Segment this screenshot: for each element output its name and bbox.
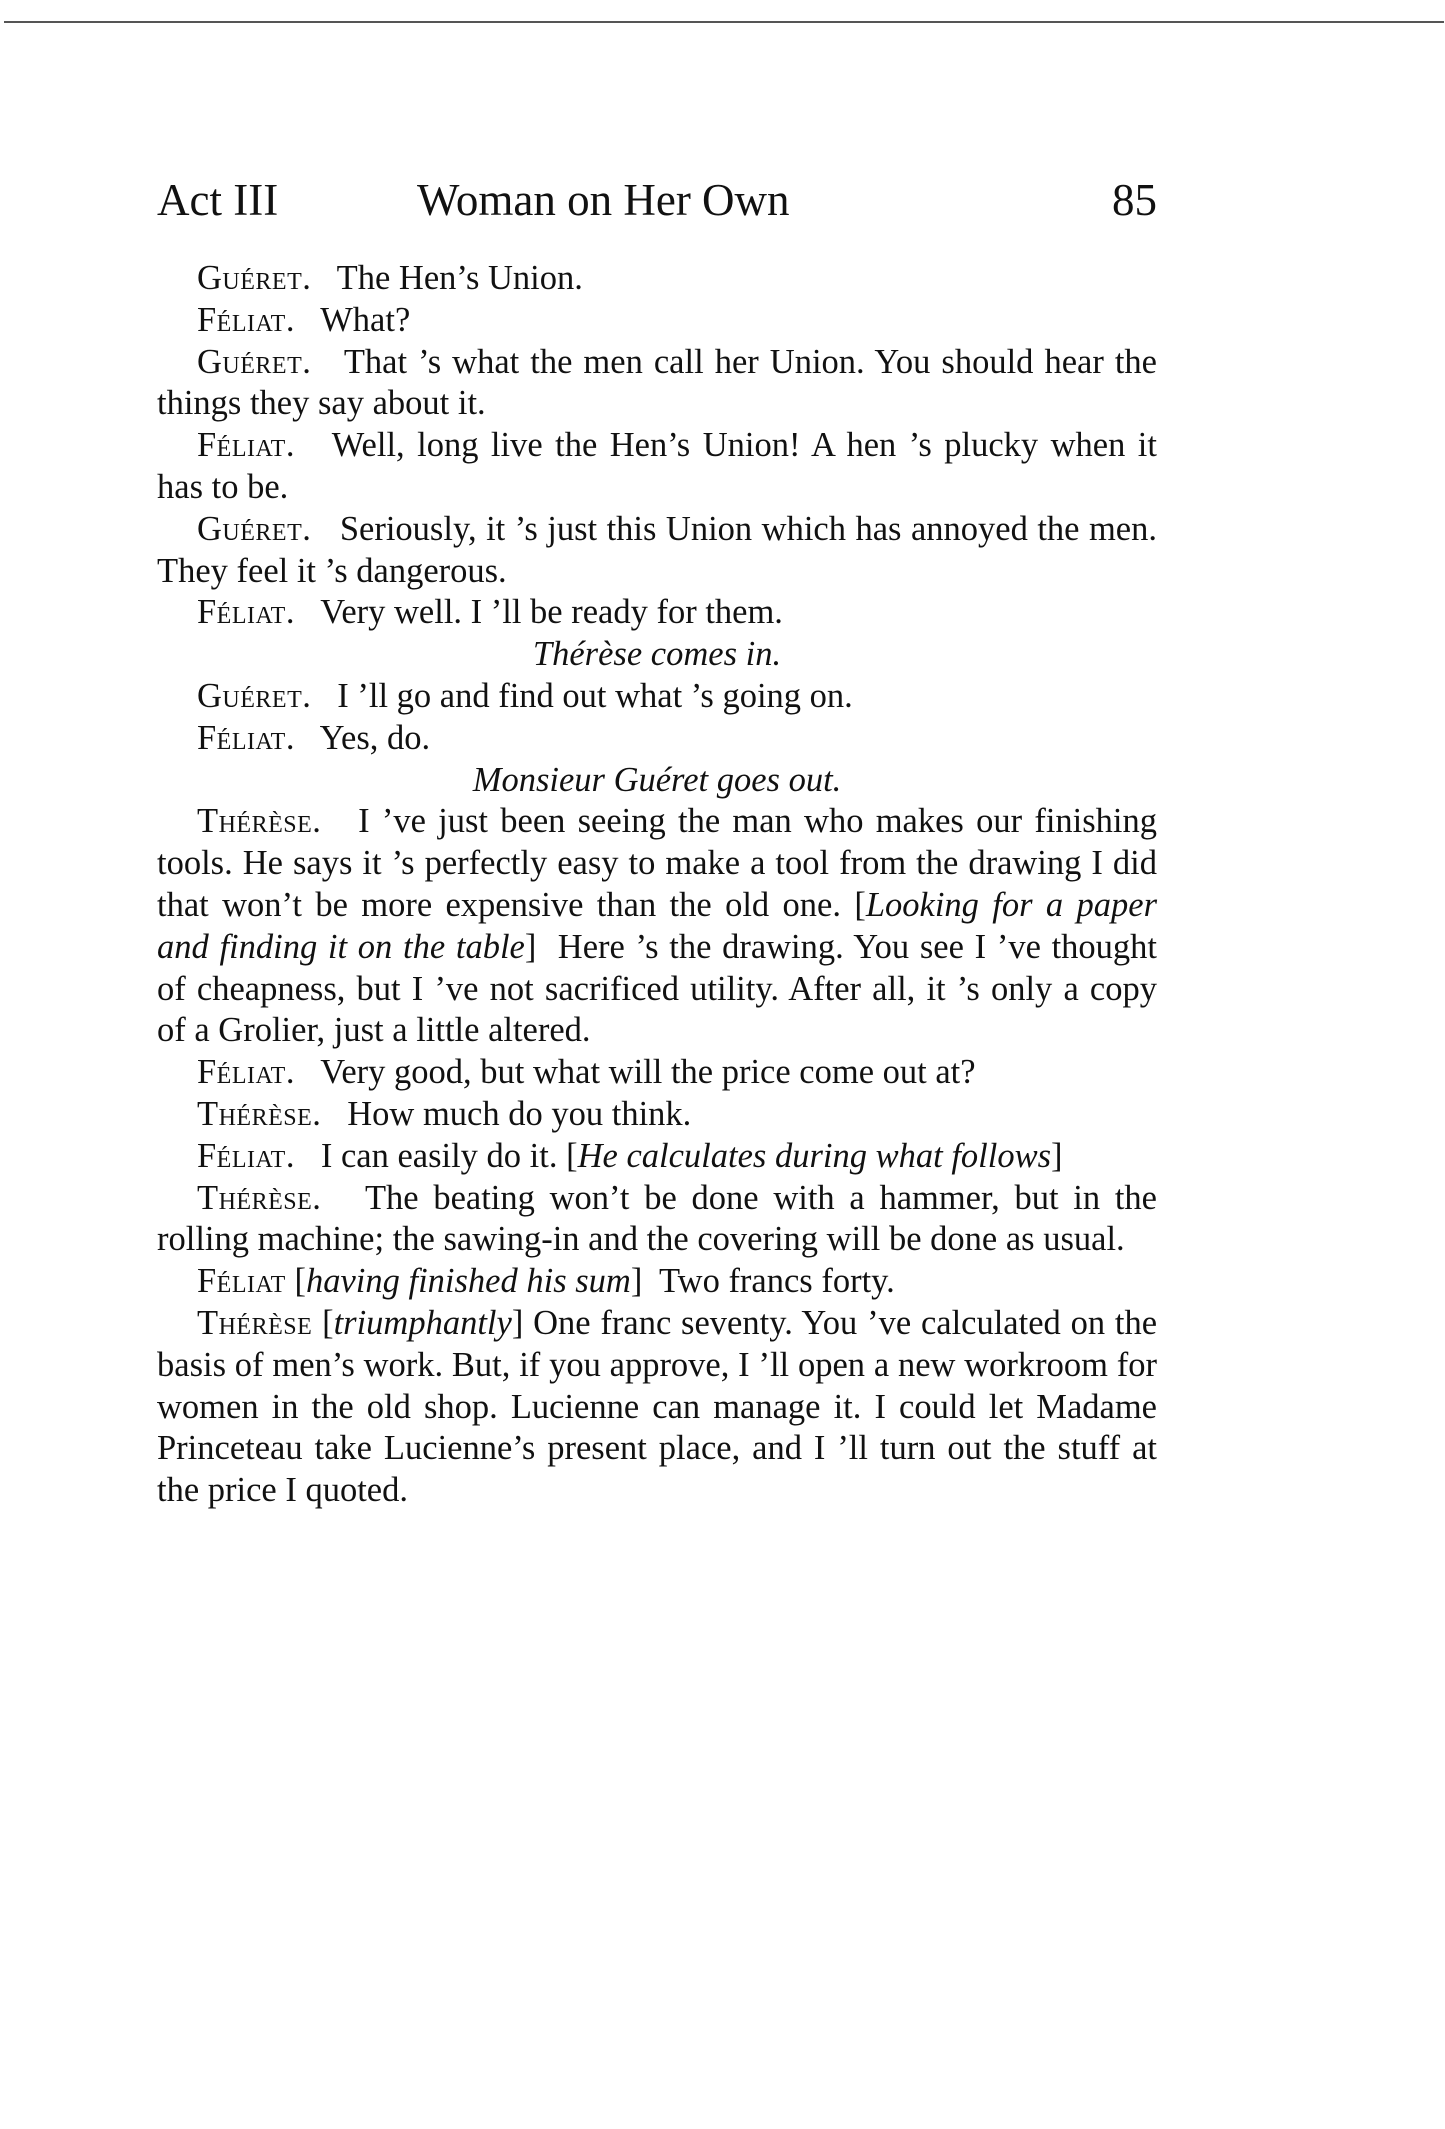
dialogue-line: Féliat. Yes, do. — [157, 718, 1157, 760]
dialogue-line: Thérèse. I ’ve just been seeing the man … — [157, 801, 1157, 1052]
speaker: Guéret. — [197, 677, 311, 715]
dialogue-line: Féliat. What? — [157, 300, 1157, 342]
dialogue-line: Féliat. Well, long live the Hen’s Union!… — [157, 425, 1157, 509]
speaker: Féliat — [197, 1262, 286, 1300]
dialogue-line: Féliat. Very well. I ’ll be ready for th… — [157, 592, 1157, 634]
speaker: Féliat. — [197, 593, 295, 631]
running-header: Act III Woman on Her Own 85 — [157, 172, 1157, 228]
speaker: Féliat. — [197, 1053, 295, 1091]
dialogue-line: Féliat. Very good, but what will the pri… — [157, 1052, 1157, 1094]
speaker: Thérèse. — [197, 1095, 321, 1133]
speaker: Féliat. — [197, 1137, 295, 1175]
dialogue-line: Guéret. Seriously, it ’s just this Union… — [157, 509, 1157, 593]
dialogue-line: Thérèse [triumphantly] One franc seventy… — [157, 1303, 1157, 1512]
inline-stage-direction: triumphantly — [334, 1304, 512, 1342]
stage-direction: Thérèse comes in. — [157, 634, 1157, 676]
page-number: 85 — [1112, 172, 1157, 228]
dialogue-line: Guéret. The Hen’s Union. — [157, 258, 1157, 300]
speaker: Thérèse. — [197, 1179, 321, 1217]
dialogue-line: Guéret. I ’ll go and find out what ’s go… — [157, 676, 1157, 718]
page-top-edge-rule — [4, 21, 1444, 23]
speaker: Thérèse. — [197, 802, 321, 840]
dialogue-line: Féliat [having finished his sum] Two fra… — [157, 1261, 1157, 1303]
inline-stage-direction: having finished his sum — [306, 1262, 631, 1300]
speaker: Guéret. — [197, 510, 311, 548]
speaker: Guéret. — [197, 259, 311, 297]
speaker: Guéret. — [197, 343, 311, 381]
page-body: Guéret. The Hen’s Union. Féliat. What? G… — [157, 258, 1157, 1512]
header-act: Act III — [157, 172, 278, 228]
speaker: Féliat. — [197, 301, 295, 339]
dialogue-line: Thérèse. The beating won’t be done with … — [157, 1178, 1157, 1262]
speaker: Féliat. — [197, 719, 295, 757]
stage-direction: Monsieur Guéret goes out. — [157, 760, 1157, 802]
speaker: Thérèse — [197, 1304, 312, 1342]
inline-stage-direction: He calculates during what follows — [578, 1137, 1051, 1175]
dialogue-line: Thérèse. How much do you think. — [157, 1094, 1157, 1136]
dialogue-line: Guéret. That ’s what the men call her Un… — [157, 342, 1157, 426]
header-title: Woman on Her Own — [417, 172, 790, 228]
speaker: Féliat. — [197, 426, 295, 464]
dialogue-line: Féliat. I can easily do it. [He calculat… — [157, 1136, 1157, 1178]
